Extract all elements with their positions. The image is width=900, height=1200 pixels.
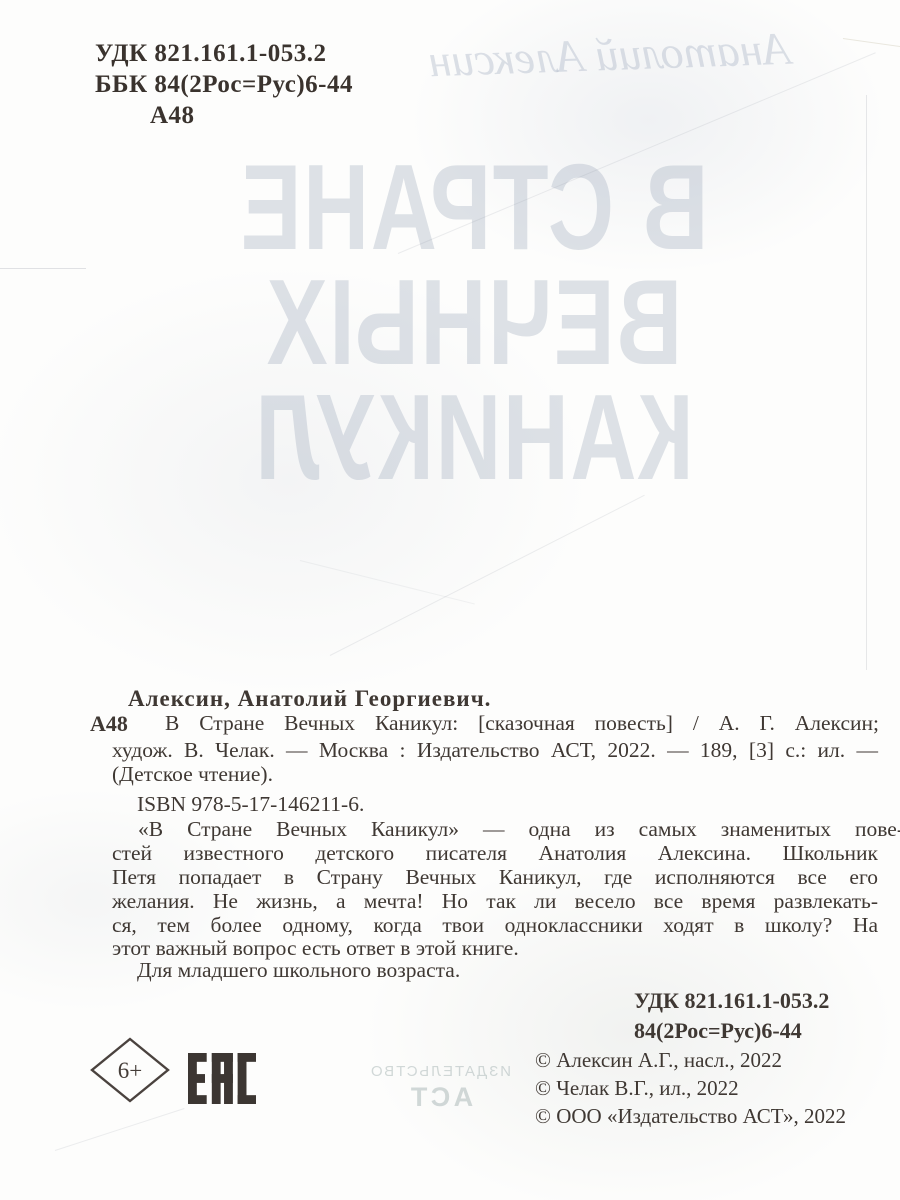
- udc-code-line: УДК 821.161.1-053.2: [95, 38, 353, 69]
- page-edge-line: [0, 268, 86, 269]
- showthrough-publisher-logo: АСТ: [350, 1082, 530, 1112]
- crease-line: [55, 1108, 185, 1151]
- classification-codes: УДК 821.161.1-053.2 ББК 84(2Рос=Рус)6-44…: [95, 38, 353, 131]
- entry-line: (Детское чтение).: [112, 762, 273, 787]
- annotation-line: стей известного детского писателя Анатол…: [112, 841, 878, 866]
- bbk-code-line: ББК 84(2Рос=Рус)6-44: [95, 69, 353, 100]
- entry-code: А48: [90, 711, 128, 736]
- showthrough-author-signature: Анатолий Алексин: [329, 18, 891, 117]
- eac-conformity-mark-icon: [188, 1052, 256, 1105]
- copyright-line: © Алексин А.Г., насл., 2022: [535, 1046, 846, 1074]
- entry-line: В Стране Вечных Каникул: [сказочная пове…: [165, 711, 879, 736]
- author-sign-code: А48: [95, 100, 353, 131]
- classification-codes-bottom: УДК 821.161.1-053.2 84(2Рос=Рус)6-44: [634, 986, 829, 1046]
- author-heading: Алексин, Анатолий Георгиевич.: [128, 686, 491, 711]
- annotation-line: желания. Не жизнь, а мечта! Но так ли ве…: [112, 889, 878, 914]
- showthrough-publisher-name: ИЗДАТЕЛЬСТВО: [350, 1062, 530, 1082]
- annotation-line: «В Стране Вечных Каникул» — одна из самы…: [112, 817, 900, 842]
- annotation-line: ся, тем более одному, когда твои однокла…: [112, 913, 878, 938]
- copyright-line: © Челак В.Г., ил., 2022: [535, 1074, 846, 1102]
- entry-line: худож. В. Челак. — Москва : Издательство…: [112, 738, 878, 763]
- annotation-line: Петя попадает в Страну Вечных Каникул, г…: [112, 865, 878, 890]
- showthrough-book-title: В СТРАНЕ ВЕЧНЫХ КАНИКУЛ: [211, 150, 736, 495]
- crease-line: [330, 495, 645, 656]
- age-rating-text: 6+: [90, 1037, 170, 1103]
- udc-code-bottom-line: УДК 821.161.1-053.2: [634, 986, 829, 1016]
- crease-line: [300, 560, 475, 605]
- page-edge-line: [866, 95, 867, 670]
- showthrough-title-line: КАНИКУЛ: [211, 380, 736, 495]
- age-rating-badge: 6+: [90, 1037, 170, 1103]
- copyright-block: © Алексин А.Г., насл., 2022 © Челак В.Г.…: [535, 1046, 846, 1130]
- showthrough-title-line: В СТРАНЕ: [211, 150, 736, 265]
- showthrough-title-line: ВЕЧНЫХ: [211, 265, 736, 380]
- bbk-code-bottom-line: 84(2Рос=Рус)6-44: [634, 1016, 829, 1046]
- copyright-line: © ООО «Издательство АСТ», 2022: [535, 1102, 846, 1130]
- audience-note: Для младшего школьного возраста.: [137, 958, 460, 983]
- book-imprint-page: { "header": { "udc": "УДК 821.161.1-053.…: [0, 0, 900, 1200]
- isbn-line: ISBN 978-5-17-146211-6.: [137, 792, 364, 817]
- showthrough-publisher-mark: ИЗДАТЕЛЬСТВО АСТ: [350, 1062, 530, 1112]
